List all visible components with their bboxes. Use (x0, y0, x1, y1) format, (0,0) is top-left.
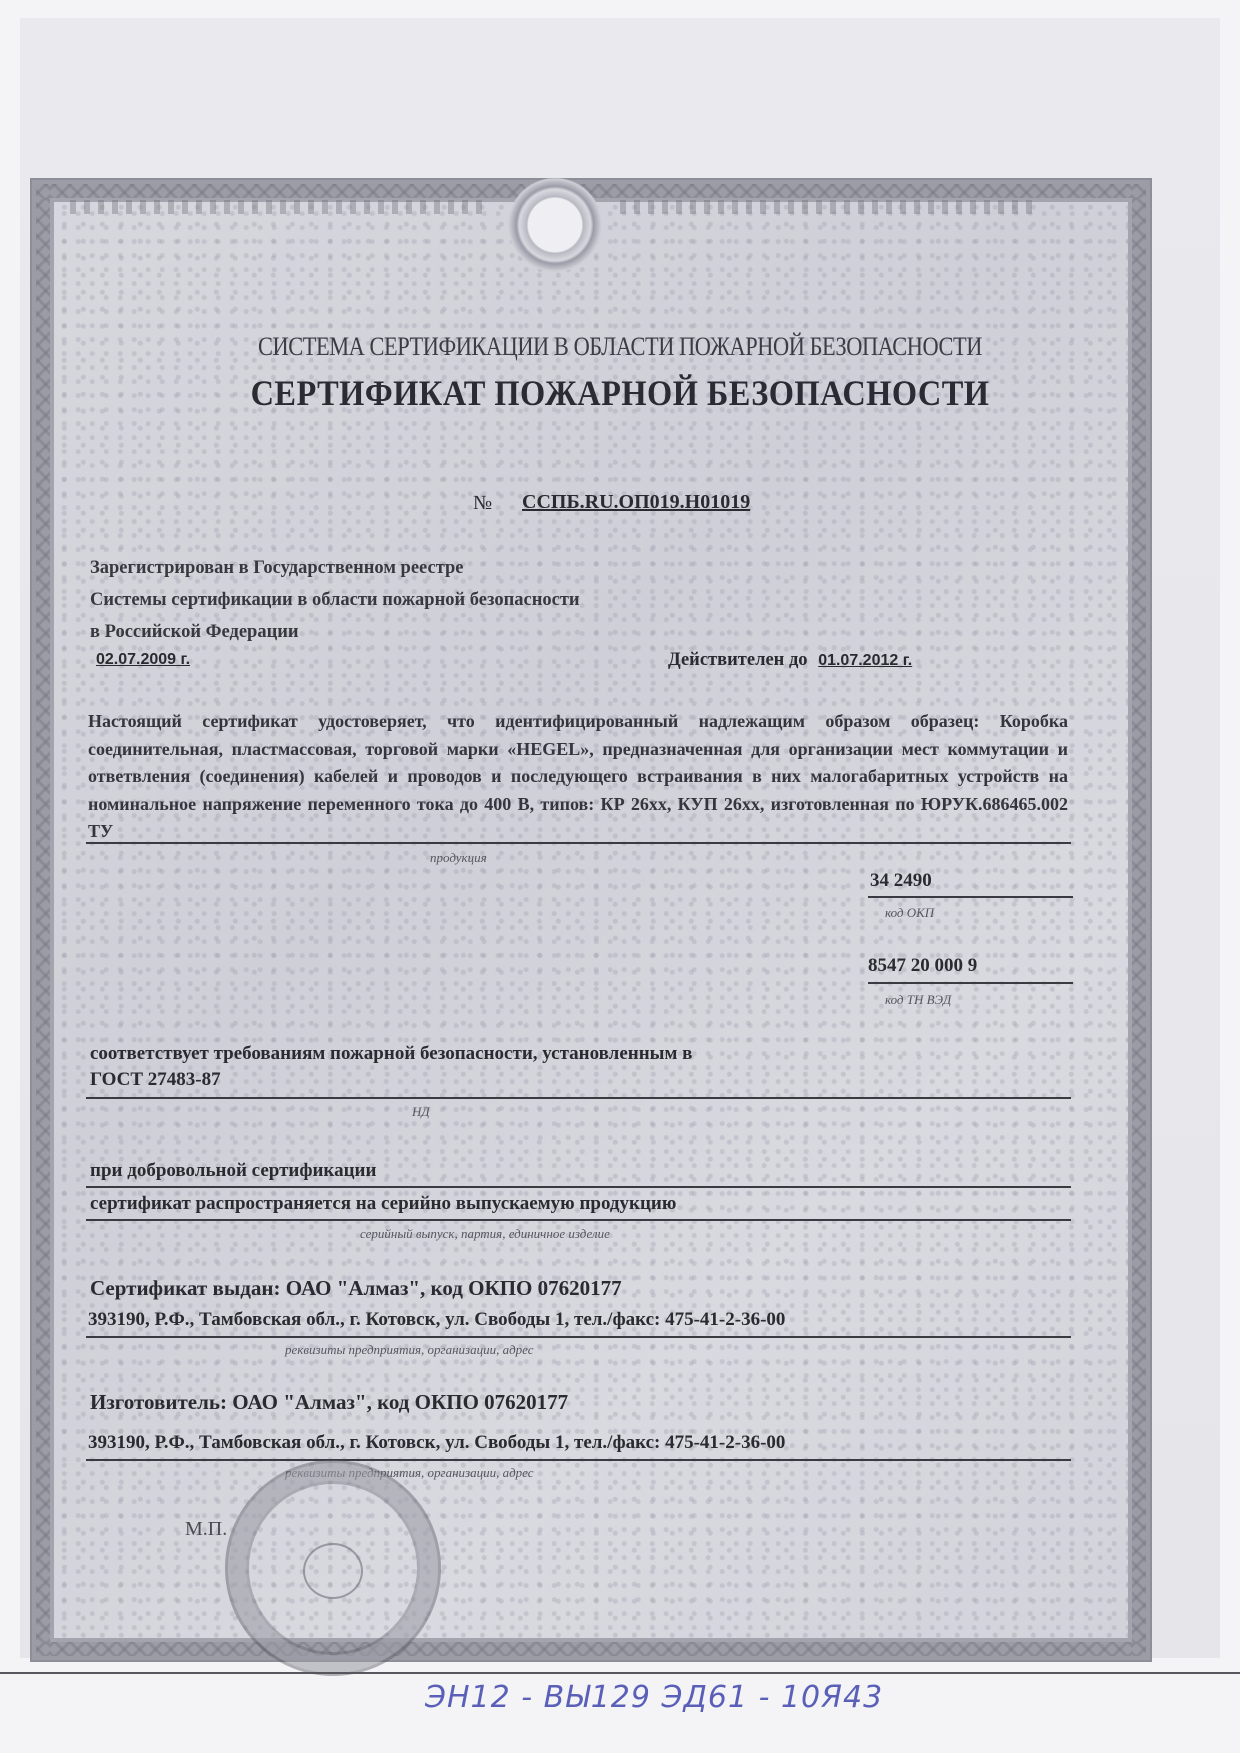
manufacturer-address: 393190, Р.Ф., Тамбовская обл., г. Котовс… (88, 1432, 785, 1454)
registration-date: 02.07.2009 г. (96, 651, 190, 669)
registration-line-3: в Российской Федерации (90, 622, 299, 643)
certification-type: при добровольной сертификации (90, 1160, 376, 1182)
seal-label: М.П. (185, 1518, 227, 1541)
okp-code: 34 2490 (870, 870, 932, 892)
divider (86, 1219, 1071, 1221)
divider (86, 1336, 1071, 1338)
divider (868, 982, 1073, 984)
seal-stamp-icon (225, 1460, 441, 1676)
scope-caption: серийный выпуск, партия, единичное издел… (360, 1226, 610, 1242)
validity: Действителен до 01.07.2012 г. (668, 650, 912, 671)
okp-caption: код ОКП (885, 905, 934, 921)
issued-by: Сертификат выдан: ОАО "Алмаз", код ОКПО … (90, 1276, 622, 1301)
product-description: Настоящий сертификат удостоверяет, что и… (88, 708, 1068, 846)
divider (868, 896, 1073, 898)
manufacturer: Изготовитель: ОАО "Алмаз", код ОКПО 0762… (90, 1390, 568, 1415)
emblem-icon (500, 175, 610, 275)
divider (86, 1459, 1071, 1461)
certificate-number: ССПБ.RU.ОП019.Н01019 (522, 491, 750, 514)
scan-bottom-edge (0, 1672, 1240, 1674)
registration-line-2: Системы сертификации в области пожарной … (90, 590, 580, 611)
registration-line-1: Зарегистрирован в Государственном реестр… (90, 558, 464, 579)
certificate-title: СЕРТИФИКАТ ПОЖАРНОЙ БЕЗОПАСНОСТИ (62, 372, 1178, 414)
divider (86, 1097, 1071, 1099)
handwritten-note: ЭН12 - ВЫ129 ЭД61 - 10Я43 (425, 1680, 883, 1715)
issued-by-address: 393190, Р.Ф., Тамбовская обл., г. Котовс… (88, 1309, 785, 1331)
scope: сертификат распространяется на серийно в… (90, 1193, 676, 1215)
seal-emblem-icon (303, 1543, 363, 1599)
ornament-right (620, 200, 1040, 214)
product-caption: продукция (430, 850, 487, 866)
tnved-caption: код ТН ВЭД (885, 992, 951, 1008)
conformity-text: соответствует требованиям пожарной безоп… (90, 1043, 692, 1065)
ornament-left (70, 200, 490, 214)
validity-date: 01.07.2012 г. (818, 652, 912, 669)
divider (86, 1186, 1071, 1188)
validity-label: Действителен до (668, 650, 808, 670)
standard: ГОСТ 27483-87 (90, 1069, 221, 1091)
number-label: № (473, 492, 492, 515)
standard-caption: НД (412, 1104, 430, 1120)
issued-by-caption: реквизиты предприятия, организации, адре… (285, 1342, 534, 1358)
tnved-code: 8547 20 000 9 (868, 955, 977, 977)
system-heading: СИСТЕМА СЕРТИФИКАЦИИ В ОБЛАСТИ ПОЖАРНОЙ … (87, 332, 1153, 362)
divider (86, 842, 1071, 844)
